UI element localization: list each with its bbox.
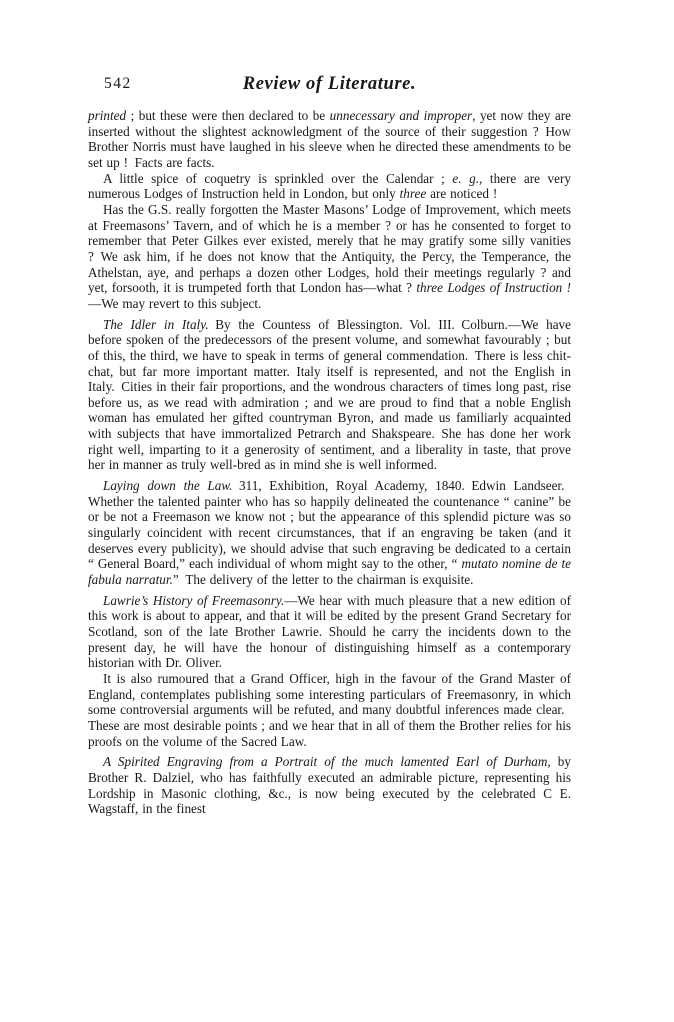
page-number: 542	[104, 75, 132, 93]
body-text: A little spice of coquetry is sprinkled …	[103, 171, 452, 186]
italic-text: e. g.	[452, 171, 479, 186]
italic-text: Lawrie’s History of Freemasonry.	[103, 593, 284, 608]
body-text: ” The delivery of the letter to the chai…	[173, 572, 474, 587]
paragraph: Has the G.S. really forgotten the Master…	[88, 202, 571, 312]
paragraph: Laying down the Law. 311, Exhibition, Ro…	[88, 478, 571, 588]
body-text: ; but these were then declared to be	[126, 108, 330, 123]
italic-text: three	[400, 186, 427, 201]
page-header: 542 Review of Literature.	[88, 74, 571, 96]
body-text: By the Countess of Blessington. Vol. III…	[88, 317, 571, 473]
paragraph: A Spirited Engraving from a Portrait of …	[88, 754, 571, 817]
body-text: —We may revert to this subject.	[88, 296, 261, 311]
italic-text: The Idler in Italy.	[103, 317, 209, 332]
italic-text: three Lodges of Instruction !	[416, 280, 571, 295]
body-text: are noticed !	[426, 186, 497, 201]
italic-text: unnecessary and improper	[330, 108, 473, 123]
paragraph: printed ; but these were then declared t…	[88, 108, 571, 171]
italic-text: printed	[88, 108, 126, 123]
page-body: printed ; but these were then declared t…	[88, 108, 571, 817]
italic-text: A Spirited Engraving from a Portrait of …	[103, 754, 551, 769]
paragraph: Lawrie’s History of Freemasonry.—We hear…	[88, 593, 571, 671]
paragraph: The Idler in Italy. By the Countess of B…	[88, 317, 571, 474]
page-title: Review of Literature.	[88, 74, 571, 95]
book-page: 542 Review of Literature. printed ; but …	[0, 0, 674, 1022]
page-content: 542 Review of Literature. printed ; but …	[88, 74, 571, 817]
paragraph: It is also rumoured that a Grand Officer…	[88, 671, 571, 749]
paragraph: A little spice of coquetry is sprinkled …	[88, 171, 571, 202]
body-text: It is also rumoured that a Grand Officer…	[88, 671, 571, 749]
italic-text: Laying down the Law.	[103, 478, 232, 493]
